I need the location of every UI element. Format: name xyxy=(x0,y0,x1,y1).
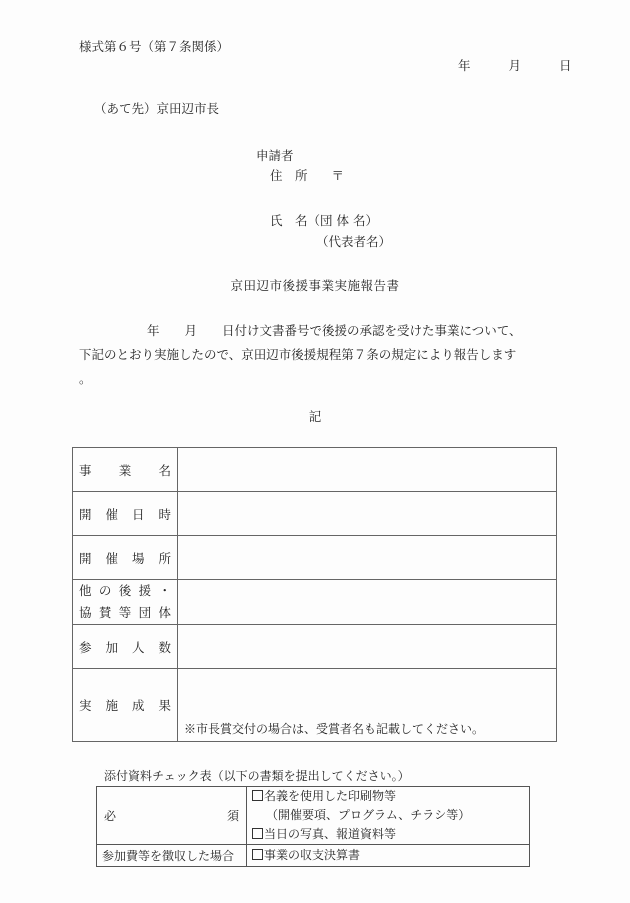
required-items: 名義を使用した印刷物等 （開催要項、プログラム、チラシ等） 当日の写真、報道資料… xyxy=(247,787,530,845)
table-row: 参加費等を徴収した場合 事業の収支決算書 xyxy=(97,845,530,867)
checkbox-icon[interactable] xyxy=(252,849,263,860)
label-event-venue: 開 催 場 所 xyxy=(73,536,178,580)
label-participants: 参 加 人 数 xyxy=(73,625,178,669)
checklist-item[interactable]: 名義を使用した印刷物等 xyxy=(252,787,524,806)
project-name-field[interactable] xyxy=(178,448,557,492)
checklist-item-detail: （開催要項、プログラム、チラシ等） xyxy=(252,806,524,825)
addressee: （あて先）京田辺市長 xyxy=(94,99,219,117)
ki-heading: 記 xyxy=(0,407,630,425)
results-field[interactable]: ※市長賞交付の場合は、受賞者名も記載してください。 xyxy=(178,669,557,742)
table-row: 必 須 名義を使用した印刷物等 （開催要項、プログラム、チラシ等） 当日の写真、… xyxy=(97,787,530,845)
attachment-checklist-title: 添付資料チェック表（以下の書類を提出してください。） xyxy=(104,767,410,784)
label-fee-collected: 参加費等を徴収した場合 xyxy=(97,845,247,867)
body-line-1: 年 月 日付け文書番号で後援の承認を受けた事業について、 xyxy=(79,319,559,343)
date-year: 年 xyxy=(458,56,471,74)
table-row: 開 催 日 時 xyxy=(73,492,557,536)
document-title: 京田辺市後援事業実施報告書 xyxy=(0,276,630,294)
label-project-name: 事 業 名 xyxy=(73,448,178,492)
table-row: 他 の 後 援 ・ 協 賛 等 団 体 xyxy=(73,580,557,625)
fee-items: 事業の収支決算書 xyxy=(247,845,530,867)
date-day: 日 xyxy=(559,56,572,74)
applicant-label: 申請者 xyxy=(256,146,294,164)
checkbox-icon[interactable] xyxy=(252,828,263,839)
checklist-item[interactable]: 事業の収支決算書 xyxy=(252,846,524,865)
representative-label: （代表者名） xyxy=(316,232,391,250)
event-venue-field[interactable] xyxy=(178,536,557,580)
name-label: 氏 名（団 体 名） xyxy=(270,211,378,229)
body-line-2: 下記のとおり実施したので、京田辺市後援規程第７条の規定により報告します xyxy=(79,343,559,367)
label-event-datetime: 開 催 日 時 xyxy=(73,492,178,536)
table-row: 実 施 成 果 ※市長賞交付の場合は、受賞者名も記載してください。 xyxy=(73,669,557,742)
report-table: 事 業 名 開 催 日 時 開 催 場 所 xyxy=(72,447,557,742)
participants-field[interactable] xyxy=(178,625,557,669)
other-sponsors-field[interactable] xyxy=(178,580,557,625)
date-month: 月 xyxy=(508,56,521,74)
body-paragraph: 年 月 日付け文書番号で後援の承認を受けた事業について、 下記のとおり実施したの… xyxy=(79,319,559,391)
body-line-3: 。 xyxy=(79,367,559,391)
event-datetime-field[interactable] xyxy=(178,492,557,536)
label-required: 必 須 xyxy=(97,787,247,845)
table-row: 参 加 人 数 xyxy=(73,625,557,669)
checklist-item[interactable]: 当日の写真、報道資料等 xyxy=(252,825,524,844)
postal-mark: 〒 xyxy=(331,168,344,183)
checkbox-icon[interactable] xyxy=(252,790,263,801)
form-number: 様式第６号（第７条関係） xyxy=(79,37,229,55)
address-label: 住 所 xyxy=(270,168,308,183)
label-results: 実 施 成 果 xyxy=(73,669,178,742)
date-line: 年 月 日 xyxy=(458,56,571,74)
results-note: ※市長賞交付の場合は、受賞者名も記載してください。 xyxy=(178,720,556,741)
label-other-sponsors: 他 の 後 援 ・ 協 賛 等 団 体 xyxy=(73,580,178,625)
address-row: 住 所 〒 xyxy=(270,166,344,184)
table-row: 開 催 場 所 xyxy=(73,536,557,580)
table-row: 事 業 名 xyxy=(73,448,557,492)
attachment-checklist-table: 必 須 名義を使用した印刷物等 （開催要項、プログラム、チラシ等） 当日の写真、… xyxy=(96,786,530,867)
